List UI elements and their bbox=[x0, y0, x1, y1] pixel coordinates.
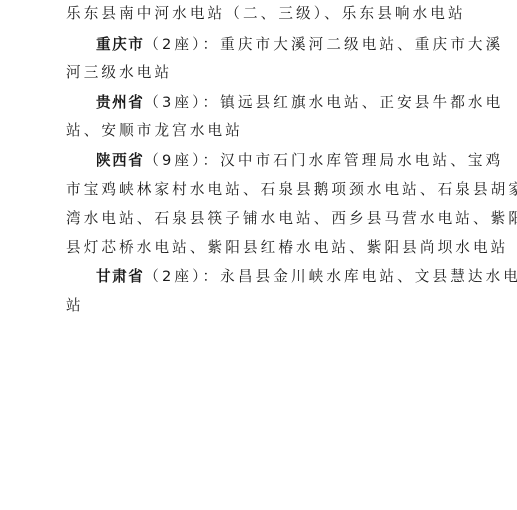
text-line: 汉中市石门水库管理局水电站、宝鸡 bbox=[220, 152, 503, 169]
text-line: 乐东县南中河水电站（二、三级）、乐东县响水电站 bbox=[66, 5, 466, 22]
province-label: 贵州省 bbox=[96, 94, 144, 111]
station-count: （3座）： bbox=[144, 94, 220, 111]
document-page: 乐东县南中河水电站（二、三级）、乐东县响水电站 重庆市（2座）：重庆市大溪河二级… bbox=[0, 0, 517, 510]
station-count: （9座）： bbox=[144, 152, 220, 169]
province-label: 重庆市 bbox=[96, 36, 144, 53]
text-line: 重庆市大溪河二级电站、重庆市大溪 bbox=[220, 36, 503, 53]
text-line: 县灯芯桥水电站、紫阳县红椿水电站、紫阳县尚坝水电站 bbox=[66, 239, 508, 256]
paragraph-shaanxi-line-4: 县灯芯桥水电站、紫阳县红椿水电站、紫阳县尚坝水电站 bbox=[66, 238, 508, 258]
station-count: （2座）： bbox=[144, 36, 220, 53]
paragraph-gansu: 甘肃省（2座）：永昌县金川峡水库电站、文县慧达水电 bbox=[96, 267, 517, 287]
station-count: （2座）： bbox=[144, 268, 220, 285]
text-line: 站 bbox=[66, 297, 84, 314]
text-line: 永昌县金川峡水库电站、文县慧达水电 bbox=[220, 268, 517, 285]
paragraph-guizhou-line-2: 站、安顺市龙宫水电站 bbox=[66, 121, 243, 141]
paragraph-guizhou: 贵州省（3座）：镇远县红旗水电站、正安县牛都水电 bbox=[96, 93, 503, 113]
text-line: 河三级水电站 bbox=[66, 64, 172, 81]
paragraph-shaanxi-line-3: 湾水电站、石泉县筷子铺水电站、西乡县马营水电站、紫阳 bbox=[66, 209, 517, 229]
paragraph-gansu-line-2: 站 bbox=[66, 296, 84, 316]
text-line: 市宝鸡峡林家村水电站、石泉县鹅项颈水电站、石泉县胡家 bbox=[66, 181, 517, 198]
text-line: 湾水电站、石泉县筷子铺水电站、西乡县马营水电站、紫阳 bbox=[66, 210, 517, 227]
text-line: 镇远县红旗水电站、正安县牛都水电 bbox=[220, 94, 503, 111]
province-label: 陕西省 bbox=[96, 152, 144, 169]
paragraph-shaanxi-line-2: 市宝鸡峡林家村水电站、石泉县鹅项颈水电站、石泉县胡家 bbox=[66, 180, 517, 200]
paragraph-shaanxi: 陕西省（9座）：汉中市石门水库管理局水电站、宝鸡 bbox=[96, 151, 503, 171]
paragraph-hainan-continuation: 乐东县南中河水电站（二、三级）、乐东县响水电站 bbox=[66, 4, 466, 24]
text-line: 站、安顺市龙宫水电站 bbox=[66, 122, 243, 139]
province-label: 甘肃省 bbox=[96, 268, 144, 285]
paragraph-chongqing: 重庆市（2座）：重庆市大溪河二级电站、重庆市大溪 bbox=[96, 35, 503, 55]
paragraph-chongqing-line-2: 河三级水电站 bbox=[66, 63, 172, 83]
